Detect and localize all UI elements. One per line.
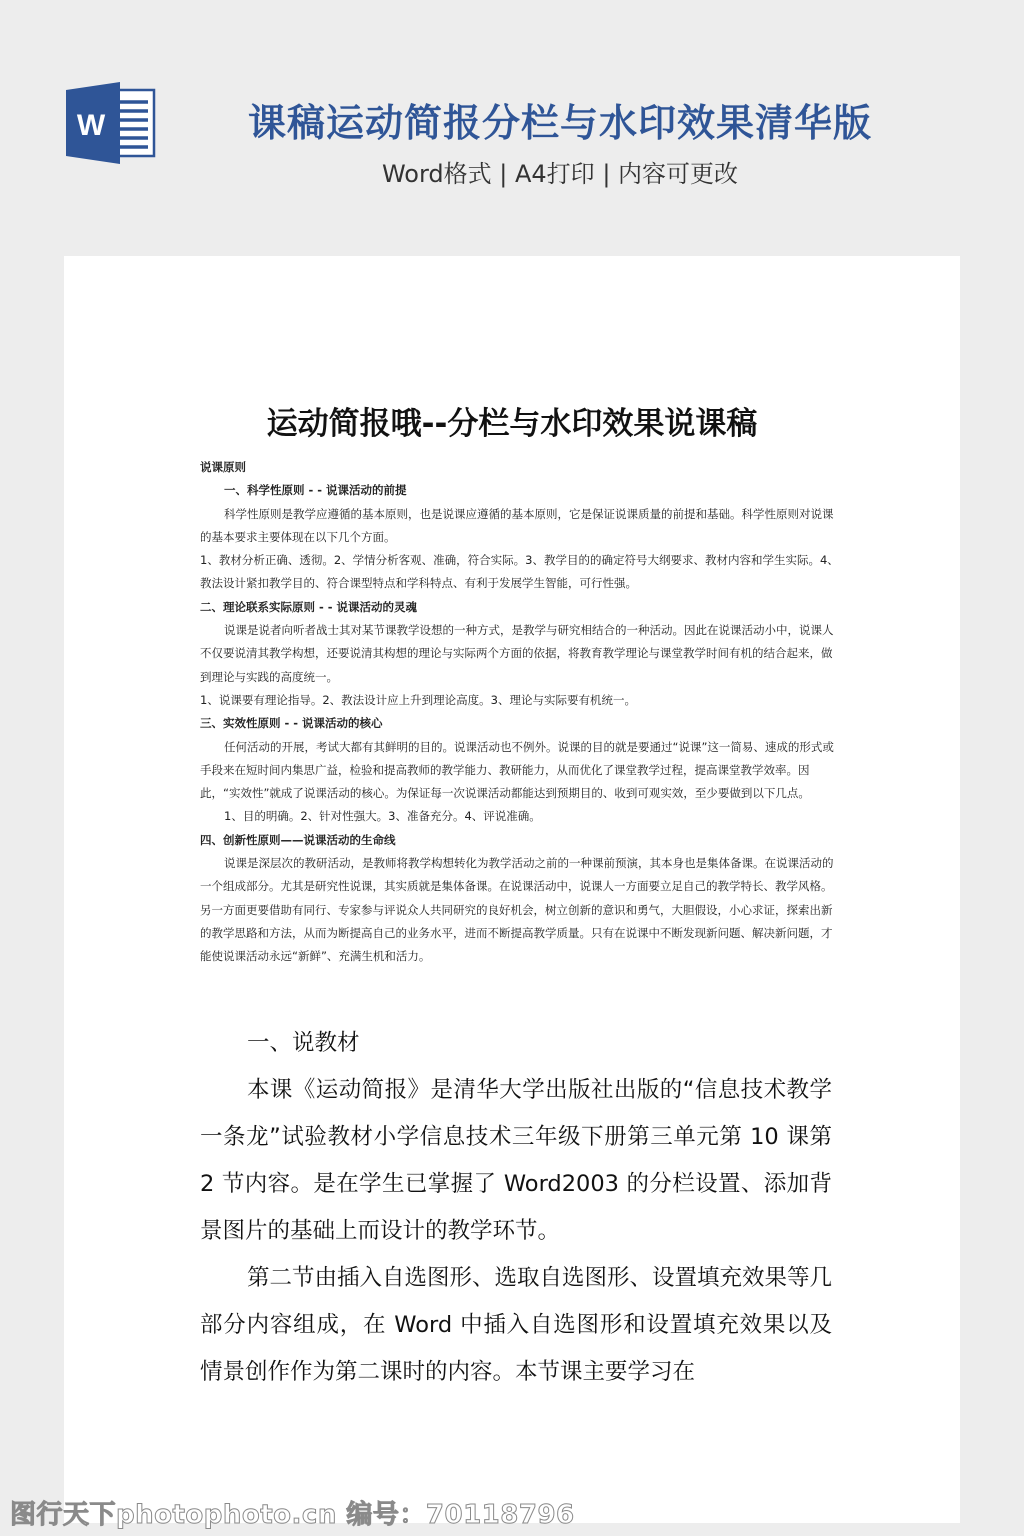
section-heading: 说课原则 <box>200 456 840 479</box>
svg-text:W: W <box>77 109 106 142</box>
section-heading: 一、说教材 <box>200 1020 832 1067</box>
textbook-section: 一、说教材 本课《运动简报》是清华大学出版社出版的“信息技术教学一条龙”试验教材… <box>200 1020 832 1396</box>
banner-subtitle: Word格式 | A4打印 | 内容可更改 <box>200 154 920 189</box>
watermark-text: 图行天下photophoto.cn 编号：70118796 <box>10 1494 575 1531</box>
principles-section: 说课原则 一、科学性原则 - - 说课活动的前提 科学性原则是教学应遵循的基本原… <box>200 456 840 969</box>
paragraph: 说课是说者向听者战士其对某节课教学设想的一种方式，是教学与研究相结合的一种活动。… <box>200 619 840 689</box>
paragraph: 1、目的明确。2、针对性强大。3、准备充分。4、评说准确。 <box>200 805 840 828</box>
principle-heading: 三、实效性原则 - - 说课活动的核心 <box>200 712 840 735</box>
banner-title: 课稿运动简报分栏与水印效果清华版 <box>200 92 920 147</box>
paragraph: 1、教材分析正确、透彻。2、学情分析客观、准确，符合实际。3、教学目的的确定符号… <box>200 549 840 596</box>
banner-header: W 课稿运动简报分栏与水印效果清华版 Word格式 | A4打印 | 内容可更改 <box>0 0 1024 256</box>
principle-heading: 四、创新性原则——说课活动的生命线 <box>200 829 840 852</box>
paragraph: 1、说课要有理论指导。2、教法设计应上升到理论高度。3、理论与实际要有机统一。 <box>200 689 840 712</box>
principle-heading: 一、科学性原则 - - 说课活动的前提 <box>200 479 840 502</box>
paragraph: 第二节由插入自选图形、选取自选图形、设置填充效果等几部分内容组成，在 Word … <box>200 1255 832 1396</box>
document-title: 运动简报哦--分栏与水印效果说课稿 <box>64 398 960 443</box>
word-doc-icon: W <box>66 82 156 164</box>
paragraph: 任何活动的开展，考试大都有其鲜明的目的。说课活动也不例外。说课的目的就是要通过“… <box>200 736 840 806</box>
principle-heading: 二、理论联系实际原则 - - 说课活动的灵魂 <box>200 596 840 619</box>
paragraph: 本课《运动简报》是清华大学出版社出版的“信息技术教学一条龙”试验教材小学信息技术… <box>200 1067 832 1255</box>
paragraph: 说课是深层次的教研活动，是教师将教学构想转化为教学活动之前的一种课前预演，其本身… <box>200 852 840 968</box>
paragraph: 科学性原则是教学应遵循的基本原则，也是说课应遵循的基本原则，它是保证说课质量的前… <box>200 503 840 550</box>
document-page: 运动简报哦--分栏与水印效果说课稿 说课原则 一、科学性原则 - - 说课活动的… <box>64 256 960 1523</box>
